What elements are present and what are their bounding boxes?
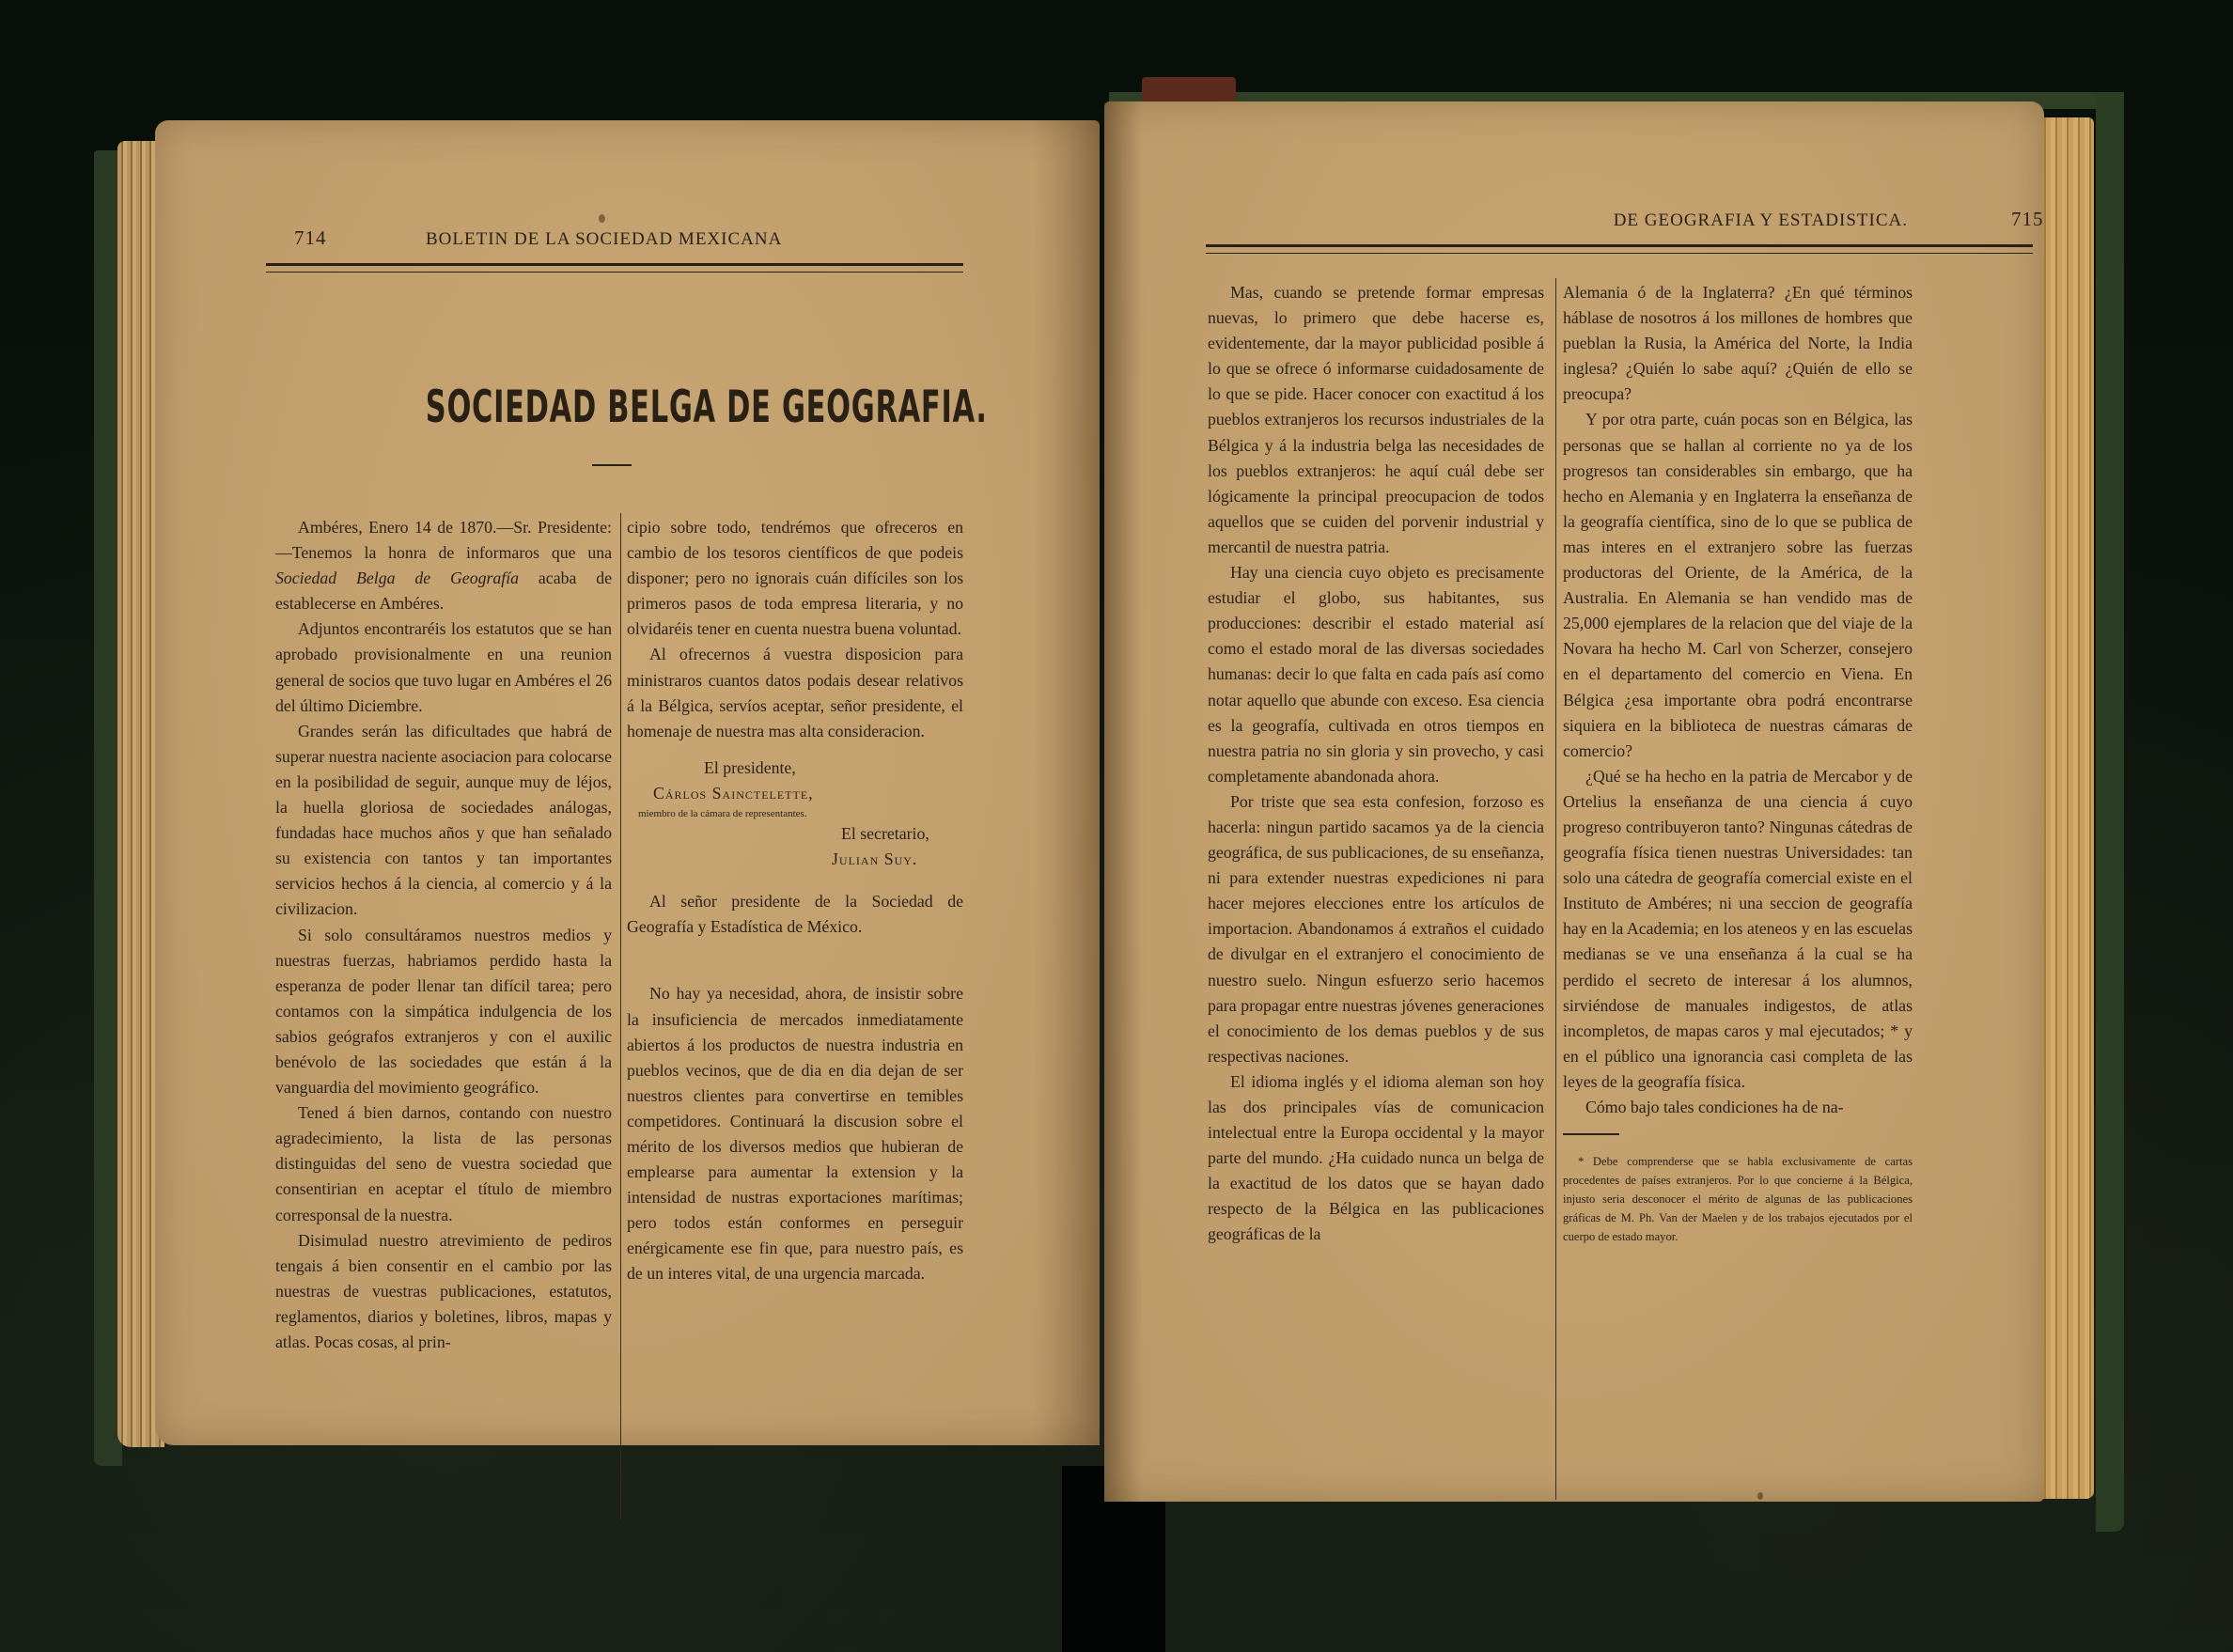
header-rule	[1206, 244, 2033, 254]
left-column-b: cipio sobre todo, tendrémos que ofrecero…	[627, 515, 963, 1287]
column-divider	[620, 513, 621, 1520]
president-name: Cárlos Sainctelette,	[627, 781, 963, 806]
signature-block: El presidente, Cárlos Sainctelette, miem…	[627, 756, 963, 872]
paragraph: Cómo bajo tales condiciones ha de na-	[1563, 1095, 1913, 1120]
paragraph: Por triste que sea esta confesion, forzo…	[1208, 789, 1544, 1069]
column-divider	[1555, 278, 1556, 1500]
footnote-rule	[1563, 1133, 1619, 1135]
ink-spot	[599, 214, 605, 223]
left-column-a: Ambéres, Enero 14 de 1870.—Sr. President…	[275, 515, 612, 1355]
right-column-a: Mas, cuando se pretende formar empresas …	[1208, 280, 1544, 1248]
paragraph: Al ofrecernos á vuestra disposicion para…	[627, 642, 963, 743]
title-divider	[592, 464, 632, 466]
page-number: 714	[294, 226, 426, 250]
paragraph: Ambéres, Enero 14 de 1870.—Sr. President…	[275, 515, 612, 616]
paragraph: Grandes serán las dificultades que habrá…	[275, 719, 612, 923]
footnote: * Debe comprenderse que se habla exclusi…	[1563, 1152, 1913, 1246]
running-head-title: DE GEOGRAFIA Y ESTADISTICA.	[1212, 210, 1908, 231]
secretary-name: Julian Suy.	[627, 847, 963, 872]
paragraph: No hay ya necesidad, ahora, de insistir …	[627, 981, 963, 1286]
running-head-title: BOLETIN DE LA SOCIEDAD MEXICANA	[426, 229, 782, 250]
footnote-text: * Debe comprenderse que se habla exclusi…	[1563, 1152, 1913, 1246]
paragraph: El idioma inglés y el idioma aleman son …	[1208, 1069, 1544, 1248]
paragraph: Adjuntos encontraréis los estatutos que …	[275, 616, 612, 718]
book-cover-right	[2096, 94, 2124, 1532]
running-header-left: 714 BOLETIN DE LA SOCIEDAD MEXICANA	[294, 226, 1121, 250]
paragraph: Alemania ó de la Inglaterra? ¿En qué tér…	[1563, 280, 1913, 407]
right-column-b: Alemania ó de la Inglaterra? ¿En qué tér…	[1563, 280, 1913, 1246]
paragraph: Mas, cuando se pretende formar empresas …	[1208, 280, 1544, 560]
page-number: 715	[2011, 208, 2044, 231]
addressee: Al señor presidente de la Sociedad de Ge…	[627, 889, 963, 940]
paragraph: Hay una ciencia cuyo objeto es precisame…	[1208, 560, 1544, 789]
paragraph: Disimulad nuestro atrevimiento de pediro…	[275, 1228, 612, 1355]
paragraph: Tened á bien darnos, contando con nuestr…	[275, 1100, 612, 1227]
page-edges-right	[2039, 117, 2094, 1499]
header-rule	[266, 263, 963, 273]
right-page: DE GEOGRAFIA Y ESTADISTICA. 715 Mas, cua…	[1104, 101, 2044, 1502]
paragraph: Si solo consultáramos nuestros medios y …	[275, 923, 612, 1101]
running-header-right: DE GEOGRAFIA Y ESTADISTICA. 715	[1212, 208, 2058, 231]
president-role: miembro de la cámara de representantes.	[627, 806, 963, 821]
paragraph: ¿Qué se ha hecho en la patria de Mercabo…	[1563, 764, 1913, 1095]
secretary-label: El secretario,	[627, 821, 963, 847]
paragraph: cipio sobre todo, tendrémos que ofrecero…	[627, 515, 963, 642]
left-page: 714 BOLETIN DE LA SOCIEDAD MEXICANA SOCI…	[155, 120, 1100, 1445]
ink-spot	[1757, 1492, 1763, 1500]
president-label: El presidente,	[627, 756, 963, 781]
paragraph: Y por otra parte, cuán pocas son en Bélg…	[1563, 407, 1913, 763]
spine-ribbon	[1142, 77, 1236, 101]
article-title: SOCIEDAD BELGA DE GEOGRAFIA.	[426, 382, 777, 433]
italic-society-name: Sociedad Belga de Geografía	[275, 569, 519, 587]
